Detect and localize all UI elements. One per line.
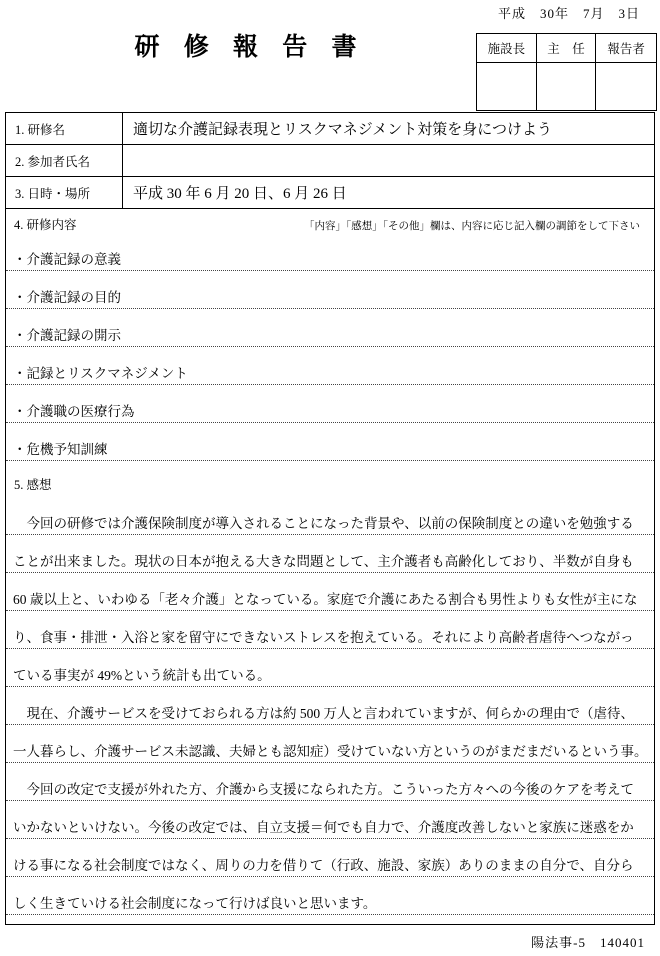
training-content-note: 「内容」「感想」「その他」欄は、内容に応じ記入欄の調節をして下さい <box>304 218 640 233</box>
report-form-table: 1. 研修名 適切な介護記録表現とリスクマネジメント対策を身につけよう 2. 参… <box>5 112 655 925</box>
content-item: ・危機予知訓練 <box>6 423 654 461</box>
approval-stamp-cell <box>537 63 597 110</box>
participants-label: 2. 参加者氏名 <box>6 145 123 176</box>
impression-line: ことが出来ました。現状の日本が抱える大きな問題として、主介護者も高齢化しており、… <box>6 535 654 573</box>
impression-label: 5. 感想 <box>6 471 654 497</box>
document-date: 平成 30年 7月 3日 <box>498 3 640 22</box>
impression-line: ける事になる社会制度ではなく、周りの力を借りて（行政、施設、家族）ありのままの自… <box>6 839 654 877</box>
training-content-label: 4. 研修内容 <box>14 215 77 233</box>
document-code: 陽法事-5 140401 <box>531 932 645 951</box>
impression-line: ている事実が 49%という統計も出ている。 <box>6 649 654 687</box>
training-content-header: 4. 研修内容 「内容」「感想」「その他」欄は、内容に応じ記入欄の調節をして下さ… <box>6 209 654 233</box>
training-name-value: 適切な介護記録表現とリスクマネジメント対策を身につけよう <box>123 113 654 144</box>
impression-line: 今回の改定で支援が外れた方、介護から支援になられた方。こういった方々への今後のケ… <box>6 763 654 801</box>
approval-stamp-table: 施設長 主 任 報告者 <box>476 33 657 111</box>
report-document: 平成 30年 7月 3日 研 修 報 告 書 施設長 主 任 報告者 1. 研修… <box>0 0 660 956</box>
training-name-label: 1. 研修名 <box>6 113 123 144</box>
table-row: 1. 研修名 適切な介護記録表現とリスクマネジメント対策を身につけよう <box>6 113 654 145</box>
approval-stamp-cell <box>596 63 656 110</box>
date-place-value: 平成 30 年 6 月 20 日、6 月 26 日 <box>123 177 654 208</box>
approval-header-facility-director: 施設長 <box>477 34 537 63</box>
participants-value <box>123 145 654 176</box>
table-row: 3. 日時・場所 平成 30 年 6 月 20 日、6 月 26 日 <box>6 177 654 209</box>
content-item: ・介護記録の開示 <box>6 309 654 347</box>
content-item: ・介護記録の目的 <box>6 271 654 309</box>
table-row: 2. 参加者氏名 <box>6 145 654 177</box>
impression-line: しく生きていける社会制度になって行けば良いと思います。 <box>6 877 654 915</box>
impression-line: 現在、介護サービスを受けておられる方は約 500 万人と言われていますが、何らか… <box>6 687 654 725</box>
impression-line: り、食事・排泄・入浴と家を留守にできないストレスを抱えている。それにより高齢者虐… <box>6 611 654 649</box>
content-item: ・介護職の医療行為 <box>6 385 654 423</box>
date-place-label: 3. 日時・場所 <box>6 177 123 208</box>
approval-header-chief: 主 任 <box>537 34 597 63</box>
impression-line: 60 歳以上と、いわゆる「老々介護」となっている。家庭で介護にあたる割合も男性よ… <box>6 573 654 611</box>
content-item: ・介護記録の意義 <box>6 233 654 271</box>
impression-line: 一人暮らし、介護サービス未認識、夫婦とも認知症）受けていない方というのがまだまだ… <box>6 725 654 763</box>
document-title: 研 修 報 告 書 <box>70 27 430 63</box>
content-item: ・記録とリスクマネジメント <box>6 347 654 385</box>
impression-line: いかないといけない。今後の改定では、自立支援＝何でも自力で、介護度改善しないと家… <box>6 801 654 839</box>
approval-header-reporter: 報告者 <box>596 34 656 63</box>
impression-line: 今回の研修では介護保険制度が導入されることになった背景や、以前の保険制度との違い… <box>6 497 654 535</box>
approval-stamp-cell <box>477 63 537 110</box>
